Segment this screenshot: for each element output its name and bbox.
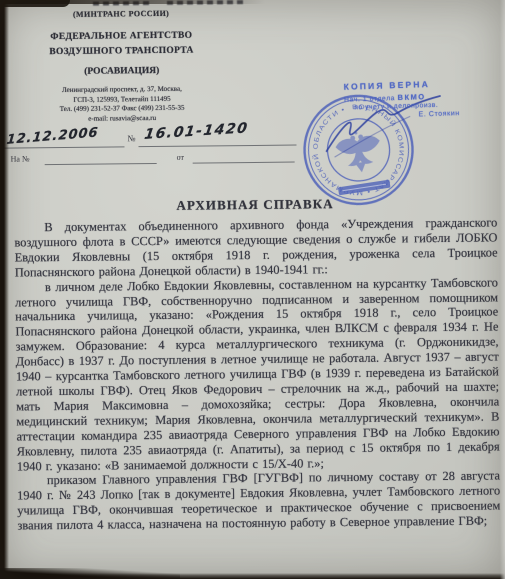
cropped-text-artifact <box>167 0 245 4</box>
paragraph: В документах объединенного архивного фон… <box>14 215 498 280</box>
paper-content: (МИНТРАНС РОССИИ) ФЕДЕРАЛЬНОЕ АГЕНТСТВО … <box>0 0 505 579</box>
agency-short-name: (РОСАВИАЦИЯ) <box>6 65 238 77</box>
number-sign: № <box>127 133 135 143</box>
paragraph: приказом Главного управления ГВФ [ГУГВФ]… <box>17 469 501 534</box>
reference-block: 12.12.2006 № 16.01-1420 На № от <box>4 125 305 178</box>
ref-underline <box>138 145 296 148</box>
ref-underline <box>45 163 157 165</box>
handwritten-number: 16.01-1420 <box>143 120 249 143</box>
paragraph: в личном деле Лобко Евдокии Яковлевны, с… <box>15 275 500 474</box>
reply-number-label: На № <box>11 154 30 163</box>
document-body: В документах объединенного архивного фон… <box>14 215 500 533</box>
handwritten-date: 12.12.2006 <box>6 125 99 148</box>
copy-certification-stamp: КОПИЯ ВЕРНА Нач. 1 отдела ВКМО по учету … <box>343 77 505 121</box>
agency-address: Ленинградский проспект, д. 37, Москва, Г… <box>6 84 238 125</box>
ministry-line: (МИНТРАНС РОССИИ) <box>5 8 237 19</box>
ref-underline <box>5 146 125 148</box>
ref-underline <box>193 162 295 164</box>
paper: (МИНТРАНС РОССИИ) ФЕДЕРАЛЬНОЕ АГЕНТСТВО … <box>0 0 505 579</box>
agency-name-line2: ВОЗДУШНОГО ТРАНСПОРТА <box>5 43 237 60</box>
letterhead: (МИНТРАНС РОССИИ) ФЕДЕРАЛЬНОЕ АГЕНТСТВО … <box>5 6 238 125</box>
reply-from-label: от <box>177 153 184 162</box>
cropped-text-artifact <box>93 1 153 5</box>
photo-frame: (МИНТРАНС РОССИИ) ФЕДЕРАЛЬНОЕ АГЕНТСТВО … <box>0 0 505 579</box>
copy-stamp-line2-bold: ВКМО <box>397 92 425 102</box>
copy-stamp-signer: Е. Стоякин <box>418 109 505 119</box>
